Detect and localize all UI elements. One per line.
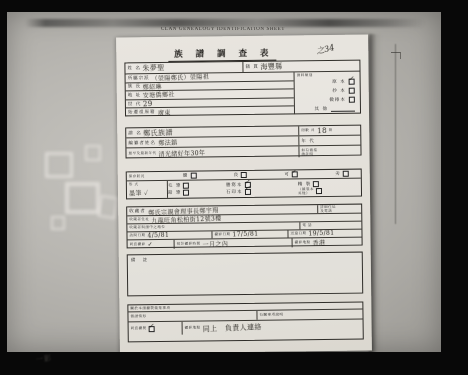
option-original-label: 原 本 bbox=[332, 79, 346, 85]
address-cell: 地 址 安塘僑鄉社 bbox=[126, 91, 178, 99]
table-row: 同意攝影 ✓ 預計攝影時間 一月之內 攝影地點 香港 bbox=[128, 238, 362, 250]
elder-cell: 族 長 鄭紹琳 bbox=[126, 83, 165, 91]
condition-table: 保存狀況 優 良 可✓ 劣 bbox=[126, 169, 362, 200]
holder-address-value: 九龍旺角松柏街12號3樓 bbox=[151, 214, 222, 224]
agree-film-cell: 同意攝影 ✓ bbox=[128, 240, 174, 250]
branch-value: （滎陽鄭氏）滎陽祖 bbox=[151, 73, 209, 82]
note-cell: 如有微捲 請註明 bbox=[298, 146, 360, 158]
ancestor-cell: 始遷祖原籍 廣東 bbox=[126, 108, 172, 116]
elder-label: 族 長 bbox=[128, 84, 142, 90]
check-mark: ✓ bbox=[148, 322, 155, 330]
table-row: 同意攝製 ✓ 攝影地點 同上 負責人連絡 bbox=[129, 320, 363, 336]
ghost-stain bbox=[85, 145, 101, 161]
opt-label: 良 bbox=[234, 172, 240, 178]
film-time-label: 預計攝影時間 bbox=[177, 242, 201, 247]
checkbox-microfilm bbox=[349, 97, 355, 103]
holder-address-label: 收藏者住址 bbox=[129, 217, 149, 222]
opt-label: 毛 筆 bbox=[168, 183, 182, 189]
dates-label: 最早及最新年代 bbox=[128, 151, 156, 156]
form-title: 族 譜 調 查 表 bbox=[168, 47, 277, 62]
volumes-suffix: 冊 bbox=[329, 128, 333, 133]
remarks-label: 備 註 bbox=[131, 257, 151, 263]
agree-film-check: ✓ bbox=[147, 241, 153, 248]
name-value: 朱夢聖 bbox=[143, 63, 166, 74]
ancestor-label: 始遷祖原籍 bbox=[128, 109, 156, 115]
opt-label: 鉛 筆 bbox=[168, 190, 182, 196]
condition-opt-excellent: 優 bbox=[183, 173, 197, 179]
format-opt-brush: 毛 筆 bbox=[168, 181, 226, 189]
note-lines: 如有微捲 請註明 bbox=[301, 148, 317, 156]
condition-opt-fair: 可✓ bbox=[284, 171, 298, 177]
microfilm-photo-area: CLAN GENEALOGY IDENTIFICATION SHEET 族 譜 … bbox=[7, 12, 441, 352]
check-mark: ✓ bbox=[348, 74, 355, 83]
option-microfilm-label: 微捲本 bbox=[329, 97, 346, 103]
checkbox-fair-checked: ✓ bbox=[292, 171, 298, 177]
table-row: 最早及最新年代 清光緒好年30年 如有微捲 請註明 bbox=[126, 146, 360, 160]
opt-label: 石印本 bbox=[226, 189, 243, 195]
produce-place-value: 同上 負責人連絡 bbox=[202, 322, 262, 334]
elder-value: 鄭紹琳 bbox=[143, 83, 163, 91]
visit-date-cell: 訪問日期 4/5/81 bbox=[127, 231, 211, 239]
era-cell: 年 代 bbox=[298, 136, 360, 146]
return-date-value: 19/5/81 bbox=[308, 230, 334, 238]
genealogy-form-sheet: 族 譜 調 查 表 之34 姓 名 朱夢聖 籍 貫 海豐縣 所屬宗派 bbox=[116, 34, 372, 352]
holder-label: 收藏者 bbox=[129, 208, 146, 214]
compiler-label: 編纂者姓名 bbox=[128, 140, 156, 146]
checkbox-good bbox=[241, 172, 247, 178]
ghost-stain bbox=[97, 195, 118, 220]
generation-value: 29 bbox=[143, 100, 153, 108]
generation-cell: 世 代 29 bbox=[126, 100, 155, 108]
generation-label: 世 代 bbox=[128, 101, 142, 107]
address-label: 地 址 bbox=[128, 92, 142, 98]
checkbox-excellent bbox=[190, 173, 196, 179]
format-opt-lithograph: 石印本✓ bbox=[226, 188, 298, 196]
ghost-stain bbox=[51, 216, 65, 230]
remarks-box: 備 註 bbox=[127, 252, 363, 297]
agree-film-label: 同意攝影 bbox=[130, 242, 146, 247]
return-date-label: 送還日期 bbox=[290, 231, 306, 236]
opt-label: 可 bbox=[284, 171, 290, 177]
ghost-stain bbox=[65, 182, 100, 214]
loan-status-label: 借譜情形 bbox=[130, 314, 146, 319]
format-colB: 謄寫本✓ 石印本✓ bbox=[226, 179, 298, 197]
scan-smudge bbox=[25, 19, 425, 27]
handwritten-page-number: 之34 bbox=[315, 42, 335, 57]
genealogy-title-table: 譜 名 鄭氏族譜 冊數 共 18 冊 編纂者姓名 鄭法鎮 年 代 bbox=[125, 125, 361, 159]
film-place-value: 香港 bbox=[312, 238, 325, 247]
branch-cell: 所屬宗派 （滎陽鄭氏）滎陽祖 bbox=[126, 73, 212, 82]
opt-label: 劣 bbox=[335, 171, 341, 177]
condition-opt-poor: 劣 bbox=[335, 171, 349, 177]
option-manuscript-label: 抄 本 bbox=[332, 88, 346, 94]
agree-produce-label: 同意攝製 bbox=[131, 326, 147, 331]
holder-side-cell: 詳細住址 及電話 bbox=[317, 205, 361, 214]
table-row: 始遷祖原籍 廣東 bbox=[126, 107, 294, 117]
film-place-label: 攝影地點 bbox=[295, 240, 311, 245]
dates-cell: 最早及最新年代 清光緒好年30年 bbox=[126, 146, 298, 159]
table-body: 所屬宗派 （滎陽鄭氏）滎陽祖 族 長 鄭紹琳 地 址 安塘僑鄉社 bbox=[126, 72, 360, 117]
related-matters-cell: 有關事項說明 bbox=[256, 310, 362, 320]
option-other-label: 其 他 bbox=[314, 106, 328, 112]
checkbox-lithograph-checked: ✓ bbox=[244, 189, 250, 195]
related-matters-label: 有關事項說明 bbox=[259, 313, 283, 318]
checkbox-otherbinding bbox=[316, 188, 322, 194]
other-blank-line bbox=[331, 106, 355, 112]
volumes-cell: 冊數 共 18 冊 bbox=[298, 126, 360, 136]
loan-status-cell: 借譜情形 bbox=[128, 311, 256, 322]
return-date-cell: 送還日期 19/5/81 bbox=[287, 230, 361, 238]
opt-label: 謄寫本 bbox=[226, 182, 243, 188]
option-other: 其 他 bbox=[297, 105, 355, 114]
option-manuscript: 抄 本 bbox=[297, 87, 355, 96]
checkbox-agree-produce-checked: ✓ bbox=[149, 326, 155, 332]
origin-cell: 籍 貫 海豐縣 bbox=[242, 61, 359, 72]
produce-place-cell: 攝影地點 同上 負責人連絡 bbox=[183, 320, 363, 335]
format-row: 形 式 墨筆 ✓ 毛 筆 鉛 筆 謄寫本✓ 石印本✓ 精 裝 （線裝本 bbox=[127, 179, 361, 199]
checkbox-hardbound bbox=[313, 181, 319, 187]
film-time-cell: 預計攝影時間 一月之內 bbox=[174, 238, 292, 248]
format-colA: 毛 筆 鉛 筆 bbox=[168, 180, 226, 198]
film-edge-note: 一影 bbox=[36, 353, 53, 365]
check-mark: ✓ bbox=[291, 170, 298, 176]
telephone-label: 電 話 bbox=[302, 223, 312, 228]
holder-position-label: 收藏者與譜中之地位 bbox=[129, 225, 165, 230]
english-form-title: CLAN GENEALOGY IDENTIFICATION SHEET bbox=[143, 27, 303, 32]
film-date-value: 17/5/81 bbox=[232, 230, 258, 238]
form-title-wrap: 族 譜 調 查 表 bbox=[134, 40, 310, 62]
holder-side-lines: 詳細住址 及電話 bbox=[320, 205, 336, 213]
branch-label: 所屬宗派 bbox=[128, 75, 150, 81]
ghost-stain bbox=[45, 152, 73, 178]
visit-date-label: 訪問日期 bbox=[129, 233, 145, 238]
agreement-header: 關於本譜攝製微捲事項 bbox=[130, 305, 170, 310]
name-label: 姓 名 bbox=[127, 65, 141, 71]
checkbox-poor bbox=[343, 171, 349, 177]
produce-place-label: 攝影地點 bbox=[185, 326, 201, 331]
title-label: 譜 名 bbox=[128, 130, 142, 136]
option-microfilm: 微捲本 bbox=[297, 96, 355, 105]
holder-table: 收藏者 鄭氏宗親會理事長鄭宇翔 詳細住址 及電話 收藏者住址 九龍旺角松柏街12… bbox=[126, 204, 362, 249]
address-value: 安塘僑鄉社 bbox=[143, 91, 175, 99]
visit-date-value: 4/5/81 bbox=[147, 232, 169, 240]
condition-opt-good: 良 bbox=[234, 172, 248, 178]
format-opt-otherbinding: （線裝本 其他） bbox=[298, 187, 361, 195]
otherbinding-label: （線裝本 其他） bbox=[298, 187, 314, 195]
checkbox-brush bbox=[183, 182, 189, 188]
condition-label-cell: 保存狀況 bbox=[127, 172, 165, 180]
opt-label: 精 裝 bbox=[298, 181, 312, 187]
format-handnote: 墨筆 ✓ bbox=[129, 188, 149, 198]
title-value: 鄭氏族譜 bbox=[143, 127, 173, 137]
name-cell: 姓 名 朱夢聖 bbox=[125, 62, 242, 73]
volumes-value: 18 bbox=[317, 126, 327, 134]
checkbox-pencil bbox=[183, 190, 189, 196]
opt-label-line2: 其他） bbox=[298, 191, 314, 195]
ancestor-value: 廣東 bbox=[157, 108, 170, 116]
option-original: 原 本 ✓ bbox=[297, 78, 355, 87]
format-label: 形 式 bbox=[129, 182, 139, 187]
checkbox-original-checked: ✓ bbox=[349, 79, 355, 85]
dates-value: 清光緒好年30年 bbox=[158, 148, 205, 159]
note-line2: 請註明 bbox=[301, 152, 317, 156]
left-column: 所屬宗派 （滎陽鄭氏）滎陽祖 族 長 鄭紹琳 地 址 安塘僑鄉社 bbox=[126, 72, 295, 116]
origin-label: 籍 貫 bbox=[245, 64, 259, 70]
checkbox-manuscript bbox=[349, 88, 355, 94]
film-date-cell: 攝影日期 17/5/81 bbox=[211, 230, 287, 238]
format-label-cell: 形 式 墨筆 ✓ bbox=[127, 181, 168, 198]
film-time-value: 一月之內 bbox=[202, 239, 228, 249]
corner-mark bbox=[391, 52, 401, 59]
opt-label: 優 bbox=[183, 173, 189, 179]
telephone-cell: 電 話 bbox=[299, 222, 361, 230]
agreement-table: 關於本譜攝製微捲事項 借譜情形 有關事項說明 同意攝製 ✓ 攝影地點 同上 負責 bbox=[127, 302, 363, 343]
respondent-table: 姓 名 朱夢聖 籍 貫 海豐縣 所屬宗派 （滎陽鄭氏）滎陽祖 bbox=[124, 60, 361, 117]
origin-value: 海豐縣 bbox=[261, 61, 284, 72]
material-type-title: 資料類別 bbox=[297, 73, 313, 78]
condition-label: 保存狀況 bbox=[129, 174, 145, 179]
format-colC: 精 裝 （線裝本 其他） bbox=[298, 179, 361, 197]
compiler-value: 鄭法鎮 bbox=[158, 138, 178, 148]
material-type-box: 資料類別 原 本 ✓ 抄 本 微捲本 其 他 bbox=[294, 72, 360, 115]
format-opt-pencil: 鉛 筆 bbox=[168, 189, 226, 197]
holder-value: 鄭氏宗親會理事長鄭宇翔 bbox=[148, 205, 219, 215]
volumes-label: 冊數 共 bbox=[301, 128, 315, 133]
side-line2: 及電話 bbox=[320, 209, 336, 213]
film-place-cell: 攝影地點 香港 bbox=[292, 238, 362, 248]
film-date-label: 攝影日期 bbox=[214, 232, 230, 237]
agree-produce-cell: 同意攝製 ✓ bbox=[129, 322, 183, 336]
era-label: 年 代 bbox=[301, 138, 315, 144]
film-crease bbox=[395, 44, 396, 224]
